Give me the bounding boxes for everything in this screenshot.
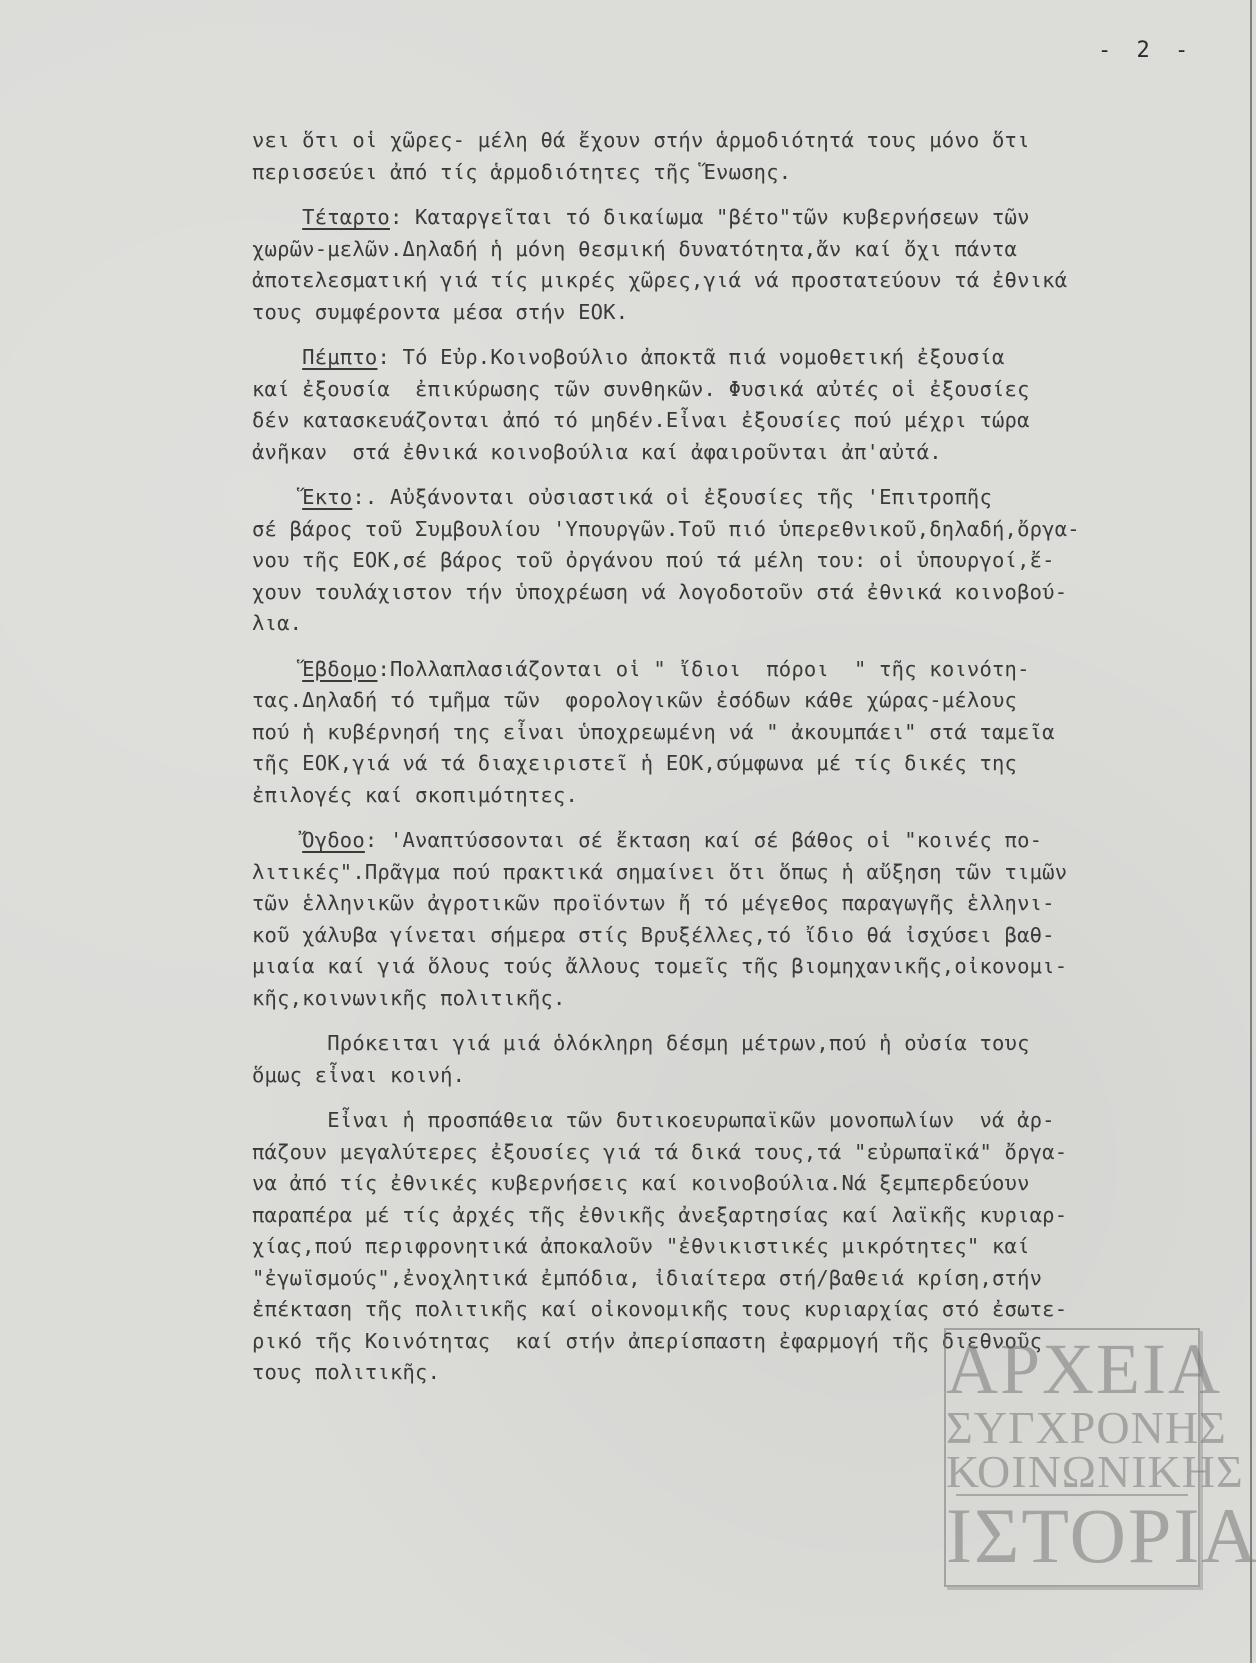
text-line: πού ἡ κυβέρνησή της εἶναι ὑποχρεωμένη νά… xyxy=(252,717,1232,749)
document-page: - 2 - νει ὅτι οἱ χῶρες- μέλη θά ἔχουν στ… xyxy=(0,0,1256,1663)
text-line: κοῦ χάλυβα γίνεται σήμερα στίς Βρυξέλλες… xyxy=(252,920,1232,952)
page-number: - 2 - xyxy=(1098,38,1194,63)
text-line: Ὄγδοο: 'Αναπτύσσονται σέ ἔκταση καί σέ β… xyxy=(252,825,1232,857)
text-line: καί ἐξουσία ἐπικύρωσης τῶν συνθηκῶν. Φυσ… xyxy=(252,374,1232,406)
text-line: δέν κατασκευάζονται ἀπό τό μηδέν.Εἶναι ἐ… xyxy=(252,405,1232,437)
text-line: Πρόκειται γιά μιά ὁλόκληρη δέσμη μέτρων,… xyxy=(252,1028,1232,1060)
text-line: να ἀπό τίς ἐθνικές κυβερνήσεις καί κοινο… xyxy=(252,1168,1232,1200)
text-line: νει ὅτι οἱ χῶρες- μέλη θά ἔχουν στήν ἁρμ… xyxy=(252,125,1232,157)
paragraph: νει ὅτι οἱ χῶρες- μέλη θά ἔχουν στήν ἁρμ… xyxy=(252,125,1232,188)
text-line: περισσεύει ἀπό τίς ἁρμοδιότητες τῆς Ἕνωσ… xyxy=(252,157,1232,189)
text-line: λιτικές".Πρᾶγμα πού πρακτικά σημαίνει ὅτ… xyxy=(252,857,1232,889)
text-line: Ἕκτο:. Αὐξάνονται οὐσιαστικά οἱ ἐξουσίες… xyxy=(252,482,1232,514)
text-line: τας.Δηλαδή τό τμῆμα τῶν φορολογικῶν ἐσόδ… xyxy=(252,685,1232,717)
paragraph-5: Ὄγδοο: 'Αναπτύσσονται σέ ἔκταση καί σέ β… xyxy=(252,825,1232,1014)
stamp-line-2: ΣΥΓΧΡΟΝΗΣ xyxy=(946,1406,1198,1450)
text-line: "ἐγωϊσμούς",ἐνοχλητικά ἐμπόδια, ἰδιαίτερ… xyxy=(252,1263,1232,1295)
document-body: νει ὅτι οἱ χῶρες- μέλη θά ἔχουν στήν ἁρμ… xyxy=(252,125,1232,1389)
stamp-line-4: ΙΣΤΟΡΙΑΣ xyxy=(946,1496,1198,1576)
text-line: μιαία καί γιά ὅλους τούς ἄλλους τομεῖς τ… xyxy=(252,951,1232,983)
paragraph-gap xyxy=(252,188,1232,202)
text-line: χωρῶν-μελῶν.Δηλαδή ἡ μόνη θεσμική δυνατό… xyxy=(252,234,1232,266)
text-line: ἐπέκταση τῆς πολιτικῆς καί οἰκονομικῆς τ… xyxy=(252,1294,1232,1326)
paragraph-gap xyxy=(252,1014,1232,1028)
text-line: τους πολιτικῆς. xyxy=(252,1357,1232,1389)
paragraph-gap xyxy=(252,328,1232,342)
paragraph-gap xyxy=(252,468,1232,482)
text-line: παραπέρα μέ τίς ἀρχές τῆς ἐθνικῆς ἀνεξαρ… xyxy=(252,1200,1232,1232)
text-line: Ἕβδομο:Πολλαπλασιάζονται οἱ " ἴδιοι πόρο… xyxy=(252,654,1232,686)
paragraph-3: Ἕκτο:. Αὐξάνονται οὐσιαστικά οἱ ἐξουσίες… xyxy=(252,482,1232,640)
paragraph-4: Ἕβδομο:Πολλαπλασιάζονται οἱ " ἴδιοι πόρο… xyxy=(252,654,1232,812)
paragraph-gap xyxy=(252,1091,1232,1105)
text-line: λια. xyxy=(252,608,1232,640)
paragraph-gap xyxy=(252,811,1232,825)
text-line: χίας,πού περιφρονητικά ἀποκαλοῦν "ἐθνικι… xyxy=(252,1231,1232,1263)
section-heading: Ἕκτο xyxy=(302,485,352,509)
stamp-divider xyxy=(956,1494,1188,1496)
text-line: ἐπιλογές καί σκοπιμότητες. xyxy=(252,780,1232,812)
text-line: ἀποτελεσματική γιά τίς μικρές χῶρες,γιά … xyxy=(252,265,1232,297)
page-edge xyxy=(1250,0,1252,1663)
text-line: τῆς ΕΟΚ,γιά νά τά διαχειριστεῖ ἡ ΕΟΚ,σύμ… xyxy=(252,748,1232,780)
text-line: Τέταρτο: Καταργεῖται τό δικαίωμα "βέτο"τ… xyxy=(252,202,1232,234)
paragraph: Εἶναι ἡ προσπάθεια τῶν δυτικοευρωπαϊκῶν … xyxy=(252,1105,1232,1389)
section-heading: Ἕβδομο xyxy=(302,657,377,681)
text-line: σέ βάρος τοῦ Συμβουλίου 'Υπουργῶν.Τοῦ πι… xyxy=(252,514,1232,546)
paragraph: Πρόκειται γιά μιά ὁλόκληρη δέσμη μέτρων,… xyxy=(252,1028,1232,1091)
paragraph-1: Τέταρτο: Καταργεῖται τό δικαίωμα "βέτο"τ… xyxy=(252,202,1232,328)
paragraph-gap xyxy=(252,640,1232,654)
text-line: ὅμως εἶναι κοινή. xyxy=(252,1060,1232,1092)
text-line: ἀνῆκαν στά ἐθνικά κοινοβούλια καί ἀφαιρο… xyxy=(252,437,1232,469)
text-line: πάζουν μεγαλύτερες ἐξουσίες γιά τά δικά … xyxy=(252,1137,1232,1169)
section-heading: Ὄγδοο xyxy=(302,828,365,852)
text-line: κῆς,κοινωνικῆς πολιτικῆς. xyxy=(252,983,1232,1015)
text-line: χουν τουλάχιστον τήν ὑποχρέωση νά λογοδο… xyxy=(252,577,1232,609)
paragraph-2: Πέμπτο: Τό Εὐρ.Κοινοβούλιο ἀποκτᾶ πιά νο… xyxy=(252,342,1232,468)
text-line: ρικό τῆς Κοινότητας καί στήν ἀπερίσπαστη… xyxy=(252,1326,1232,1358)
stamp-line-3: ΚΟΙΝΩΝΙΚΗΣ xyxy=(946,1450,1198,1494)
text-line: Πέμπτο: Τό Εὐρ.Κοινοβούλιο ἀποκτᾶ πιά νο… xyxy=(252,342,1232,374)
text-line: Εἶναι ἡ προσπάθεια τῶν δυτικοευρωπαϊκῶν … xyxy=(252,1105,1232,1137)
section-heading: Τέταρτο xyxy=(302,205,390,229)
text-line: τῶν ἑλληνικῶν ἀγροτικῶν προϊόντων ἤ τό μ… xyxy=(252,888,1232,920)
text-line: νου τῆς ΕΟΚ,σέ βάρος τοῦ ὀργάνου πού τά … xyxy=(252,545,1232,577)
section-heading: Πέμπτο xyxy=(302,345,377,369)
text-line: τους συμφέροντα μέσα στήν ΕΟΚ. xyxy=(252,297,1232,329)
